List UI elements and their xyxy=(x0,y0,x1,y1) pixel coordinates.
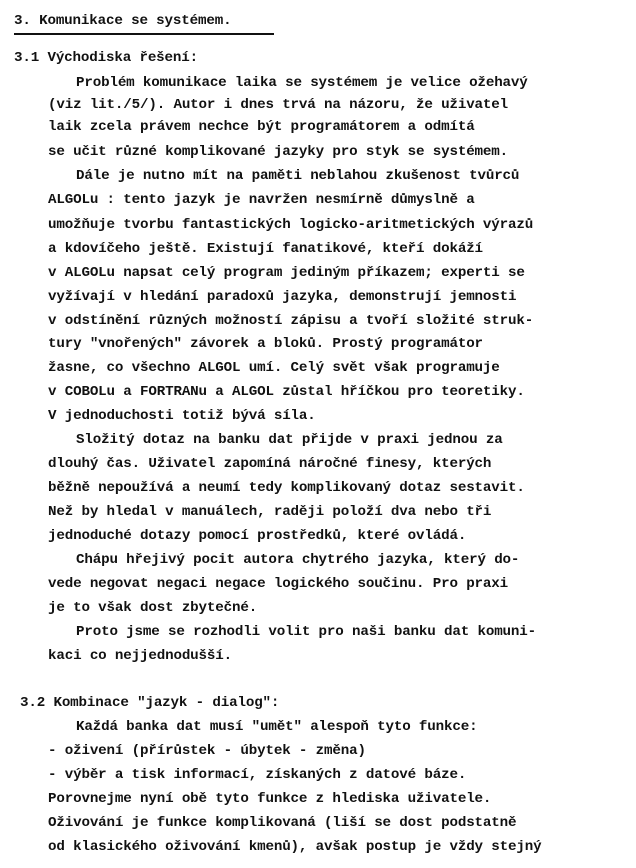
paragraph-line: v odstínění různých možností zápisu a tv… xyxy=(48,312,533,330)
paragraph-line: vyžívají v hledání paradoxů jazyka, demo… xyxy=(48,288,516,306)
paragraph-line: Oživování je funkce komplikovaná (liší s… xyxy=(48,814,516,832)
paragraph-line: tury "vnořených" závorek a bloků. Prostý… xyxy=(48,335,483,353)
section-title: 3. Komunikace se systémem. xyxy=(14,12,231,30)
title-underline xyxy=(14,33,274,35)
paragraph-line: Porovnejme nyní obě tyto funkce z hledis… xyxy=(48,790,491,808)
paragraph-line: od klasického oživování kmenů), avšak po… xyxy=(48,838,541,856)
paragraph-line: umožňuje tvorbu fantastických logicko-ar… xyxy=(48,216,533,234)
list-item: - oživení (přírůstek - úbytek - změna) xyxy=(48,742,366,760)
paragraph-line: v ALGOLu napsat celý program jediným pří… xyxy=(48,264,525,282)
paragraph-line: Každá banka dat musí "umět" alespoň tyto… xyxy=(76,718,477,736)
paragraph-line: V jednoduchosti totiž bývá síla. xyxy=(48,407,316,425)
paragraph-line: se učit různé komplikované jazyky pro st… xyxy=(48,143,508,161)
paragraph-line: Chápu hřejivý pocit autora chytrého jazy… xyxy=(76,551,519,569)
paragraph-line: je to však dost zbytečné. xyxy=(48,599,257,617)
paragraph-line: Než by hledal v manuálech, raději položí… xyxy=(48,503,491,521)
paragraph-line: vede negovat negaci negace logického sou… xyxy=(48,575,508,593)
list-item: - výběr a tisk informací, získaných z da… xyxy=(48,766,466,784)
paragraph-line: v COBOLu a FORTRANu a ALGOL zůstal hříčk… xyxy=(48,383,525,401)
paragraph-line: Složitý dotaz na banku dat přijde v prax… xyxy=(76,431,503,449)
paragraph-line: kaci co nejjednodušší. xyxy=(48,647,232,665)
paragraph-line: a kdovíčeho ještě. Existují fanatikové, … xyxy=(48,240,483,258)
paragraph-line: Dále je nutno mít na paměti neblahou zku… xyxy=(76,167,519,185)
subsection-heading: 3.1 Východiska řešení: xyxy=(14,49,198,67)
paragraph-line: běžně nepoužívá a neumí tedy komplikovan… xyxy=(48,479,525,497)
paragraph-line: dlouhý čas. Uživatel zapomíná náročné fi… xyxy=(48,455,491,473)
paragraph-line: (viz lit./5/). Autor i dnes trvá na názo… xyxy=(48,96,508,114)
paragraph-line: Problém komunikace laika se systémem je … xyxy=(76,74,528,92)
paragraph-line: ALGOLu : tento jazyk je navržen nesmírně… xyxy=(48,191,475,209)
paragraph-line: žasne, co všechno ALGOL umí. Celý svět v… xyxy=(48,359,500,377)
document-page: 3. Komunikace se systémem. 3.1 Východisk… xyxy=(0,0,636,868)
paragraph-line: laik zcela právem nechce být programátor… xyxy=(48,118,475,136)
subsection-heading: 3.2 Kombinace "jazyk - dialog": xyxy=(20,694,279,712)
paragraph-line: Proto jsme se rozhodli volit pro naši ba… xyxy=(76,623,536,641)
paragraph-line: jednoduché dotazy pomocí prostředků, kte… xyxy=(48,527,466,545)
